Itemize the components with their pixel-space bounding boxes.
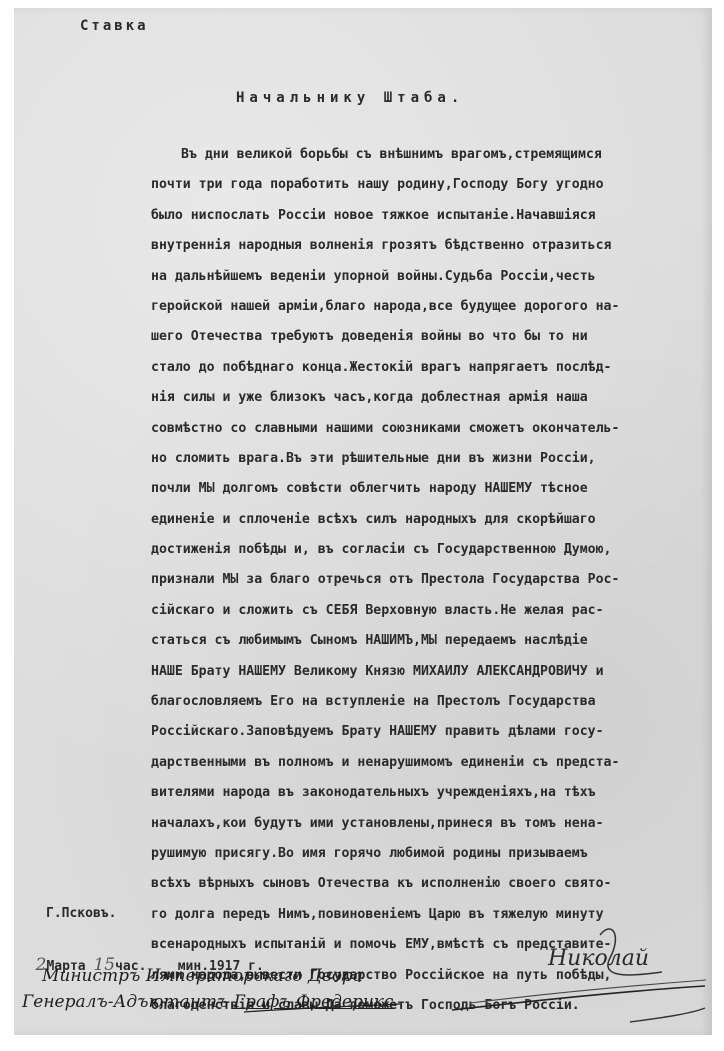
body-line: единеніе и сплоченіе всѣхъ силъ народных… bbox=[151, 505, 691, 535]
body-line: на дальнѣйшемъ веденіи упорной войны.Суд… bbox=[151, 262, 691, 292]
document-title: Начальнику Штаба. bbox=[236, 90, 464, 106]
body-line: признали МЫ за благо отречься отъ Престо… bbox=[151, 565, 691, 595]
body-line: началахъ,кои будутъ ими установлены,прин… bbox=[151, 809, 691, 839]
body-line: геройской нашей арміи,благо народа,все б… bbox=[151, 292, 691, 322]
document-body: Въ дни великой борьбы съ внѣшнимъ врагом… bbox=[151, 140, 691, 1021]
body-line: Въ дни великой борьбы съ внѣшнимъ врагом… bbox=[151, 140, 691, 170]
body-line: рушимую присягу.Во имя горячо любимой ро… bbox=[151, 839, 691, 869]
body-line: но сломить врага.Въ эти рѣшительные дни … bbox=[151, 444, 691, 474]
countersign-rank: Генералъ-Адъютантъ bbox=[22, 992, 228, 1012]
header-label: Ставка bbox=[80, 18, 149, 34]
body-line: почли МЫ долгомъ совѣсти облегчить народ… bbox=[151, 474, 691, 504]
body-line: достиженія побѣды и, въ согласіи съ Госу… bbox=[151, 535, 691, 565]
countersign-title: Министръ Императорскаго Двора bbox=[42, 966, 363, 986]
body-line: вителями народа въ законодательныхъ учре… bbox=[151, 778, 691, 808]
body-line: Россійскаго.Заповѣдуемъ Брату НАШЕМУ пра… bbox=[151, 717, 691, 747]
place-label: Г.Псковъ. bbox=[46, 906, 116, 921]
body-line: нія силы и уже близокъ часъ,когда доблес… bbox=[151, 383, 691, 413]
body-line: почти три года поработить нашу родину,Го… bbox=[151, 170, 691, 200]
body-line: всѣхъ вѣрныхъ сыновъ Отечества къ исполн… bbox=[151, 869, 691, 899]
body-line: внутреннія народныя волненія грозятъ бѣд… bbox=[151, 231, 691, 261]
body-line: НАШЕ Брату НАШЕМУ Великому Князю МИХАИЛУ… bbox=[151, 657, 691, 687]
body-line: было ниспослать Россіи новое тяжкое испы… bbox=[151, 201, 691, 231]
body-line: благословляемъ Его на вступленіе на Прес… bbox=[151, 687, 691, 717]
signature: Николай bbox=[548, 946, 649, 971]
body-line: го долга передъ Нимъ,повиновеніемъ Царю … bbox=[151, 900, 691, 930]
countersign-name: Генералъ-Адъютантъ Графъ Фредерикс bbox=[22, 992, 393, 1012]
body-line: сійскаго и сложить съ СЕБЯ Верховную вла… bbox=[151, 596, 691, 626]
body-line: статься съ любимымъ Сыномъ НАШИМЪ,МЫ пер… bbox=[151, 626, 691, 656]
body-line: совмѣстно со славными нашими союзниками … bbox=[151, 414, 691, 444]
body-line: дарственными въ полномъ и ненарушимомъ е… bbox=[151, 748, 691, 778]
body-line: стало до побѣднаго конца.Жестокій врагъ … bbox=[151, 353, 691, 383]
countersign-signatory: Графъ Фредерикс bbox=[234, 992, 394, 1012]
body-line: шего Отечества требуютъ доведенія войны … bbox=[151, 322, 691, 352]
